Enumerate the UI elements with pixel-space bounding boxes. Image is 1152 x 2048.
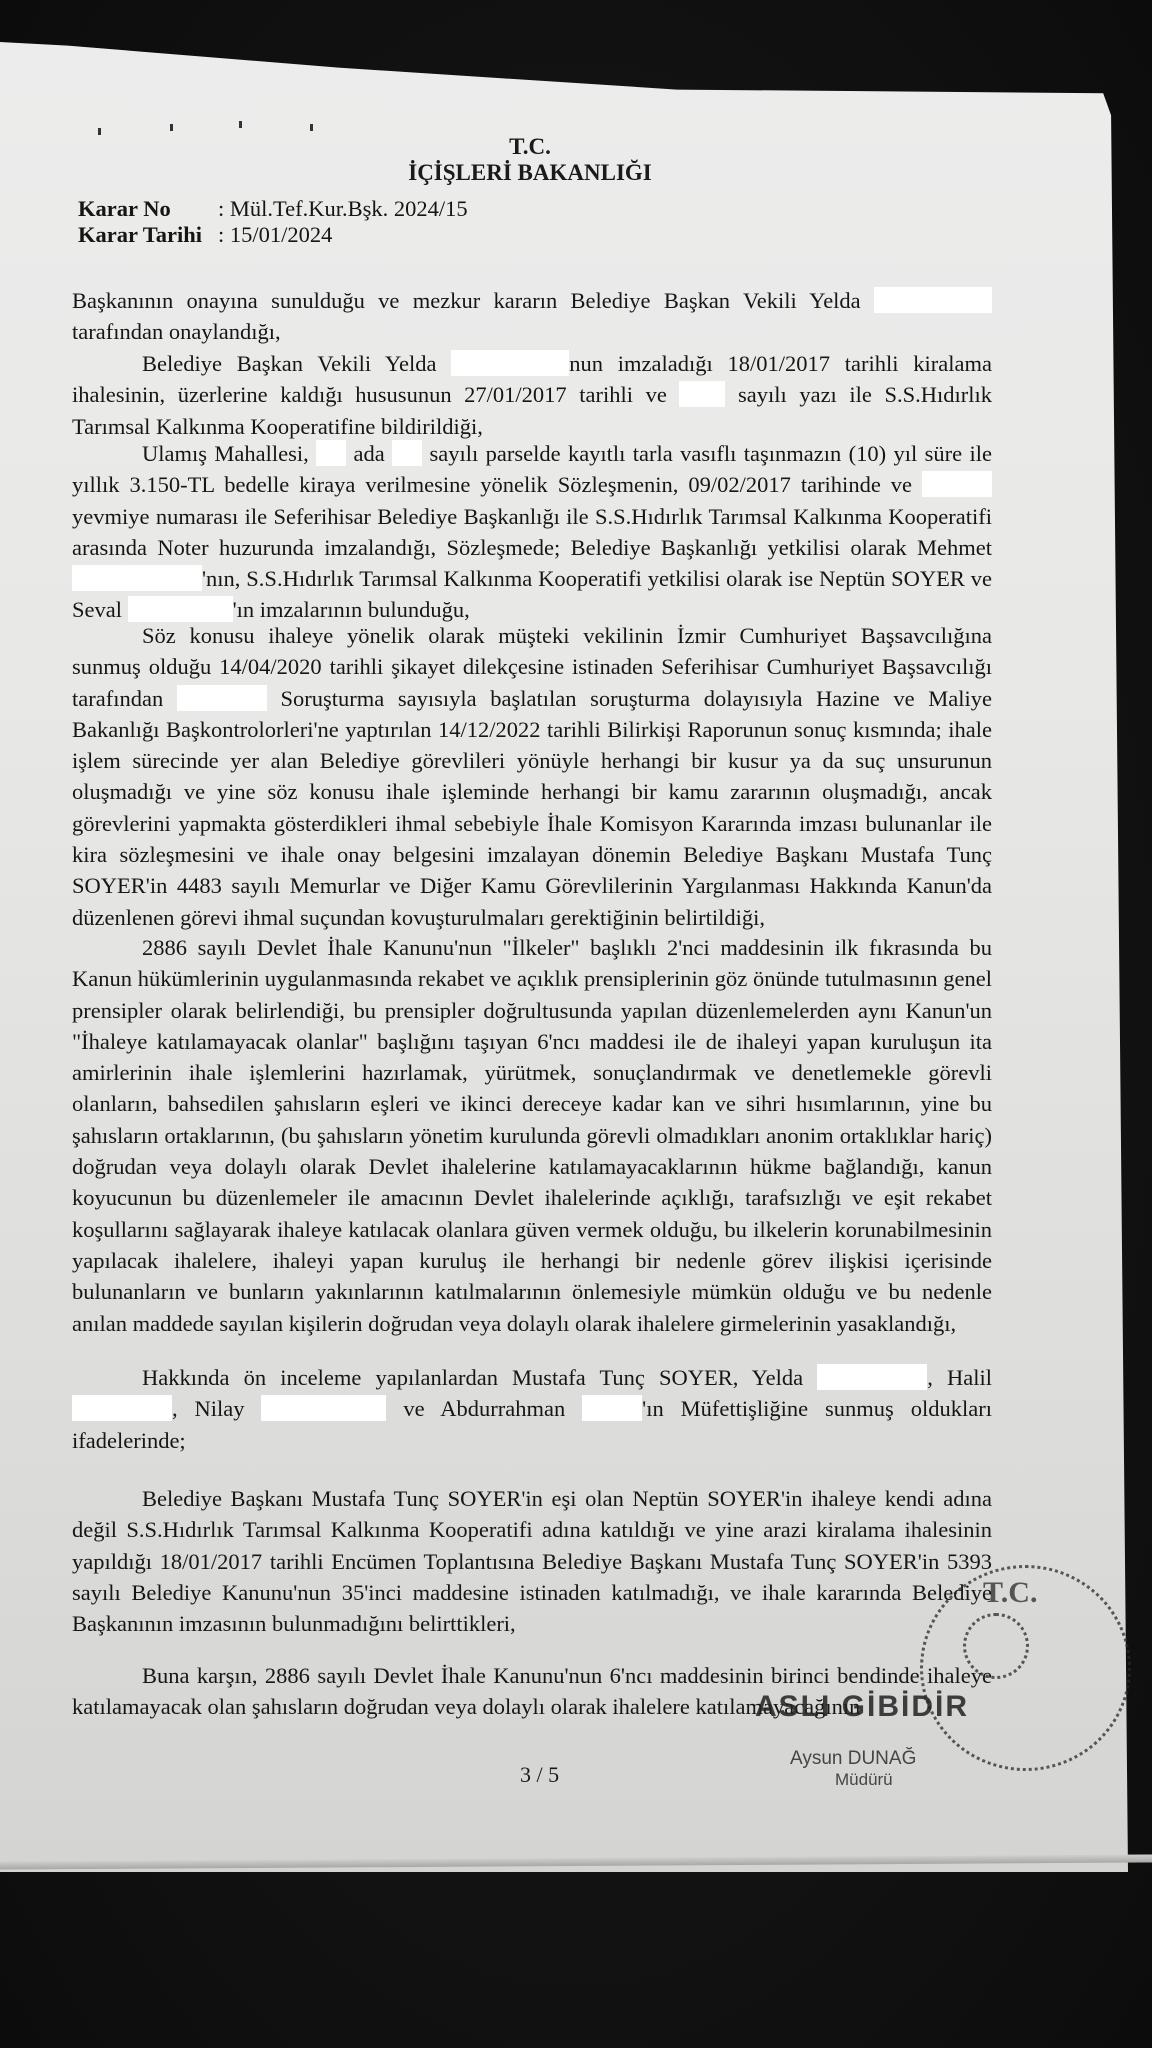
seal-inner-ring bbox=[963, 1613, 1029, 1679]
redaction bbox=[451, 350, 569, 376]
decision-meta: Karar No: Mül.Tef.Kur.Bşk. 2024/15 Karar… bbox=[78, 196, 468, 248]
paragraph-2: Belediye Başkan Vekili Yelda nun imzalad… bbox=[72, 348, 992, 442]
redaction bbox=[128, 596, 233, 622]
decision-date-value: : 15/01/2024 bbox=[218, 222, 332, 247]
redaction bbox=[261, 1395, 386, 1421]
decision-no-label: Karar No bbox=[78, 196, 218, 222]
redaction bbox=[72, 565, 202, 591]
signer-title: Müdürü bbox=[835, 1770, 893, 1790]
header-ministry: İÇİŞLERİ BAKANLIĞI bbox=[0, 158, 1060, 188]
redaction bbox=[679, 381, 725, 407]
redaction bbox=[874, 287, 992, 313]
signer-name: Aysun DUNAĞ bbox=[790, 1748, 916, 1770]
official-seal-stamp: T.C. bbox=[920, 1565, 1131, 1771]
redaction bbox=[392, 440, 422, 466]
redaction bbox=[177, 685, 267, 711]
paragraph-5: 2886 sayılı Devlet İhale Kanunu'nun "İlk… bbox=[72, 932, 992, 1339]
punch-mark bbox=[170, 124, 173, 131]
redaction bbox=[316, 440, 346, 466]
seal-emblem-text: T.C. bbox=[983, 1576, 1037, 1610]
paragraph-3: Ulamış Mahallesi, ada sayılı parselde ka… bbox=[72, 438, 992, 626]
paragraph-1: Başkanının onayına sunulduğu ve mezkur k… bbox=[72, 285, 992, 348]
paragraph-6: Hakkında ön inceleme yapılanlardan Musta… bbox=[72, 1362, 992, 1456]
paragraph-7: Belediye Başkanı Mustafa Tunç SOYER'in e… bbox=[72, 1483, 992, 1639]
redaction bbox=[922, 471, 992, 497]
redaction bbox=[72, 1395, 172, 1421]
redaction bbox=[817, 1364, 927, 1390]
punch-mark bbox=[239, 121, 242, 128]
punch-mark bbox=[310, 124, 313, 131]
decision-date-label: Karar Tarihi bbox=[78, 222, 218, 248]
redaction bbox=[582, 1395, 642, 1421]
decision-no-value: : Mül.Tef.Kur.Bşk. 2024/15 bbox=[218, 196, 468, 221]
certified-copy-stamp: ASLI GİBİDİR bbox=[755, 1690, 969, 1724]
page-number: 3 / 5 bbox=[520, 1762, 559, 1788]
paragraph-4: Söz konusu ihaleye yönelik olarak müştek… bbox=[72, 620, 992, 933]
